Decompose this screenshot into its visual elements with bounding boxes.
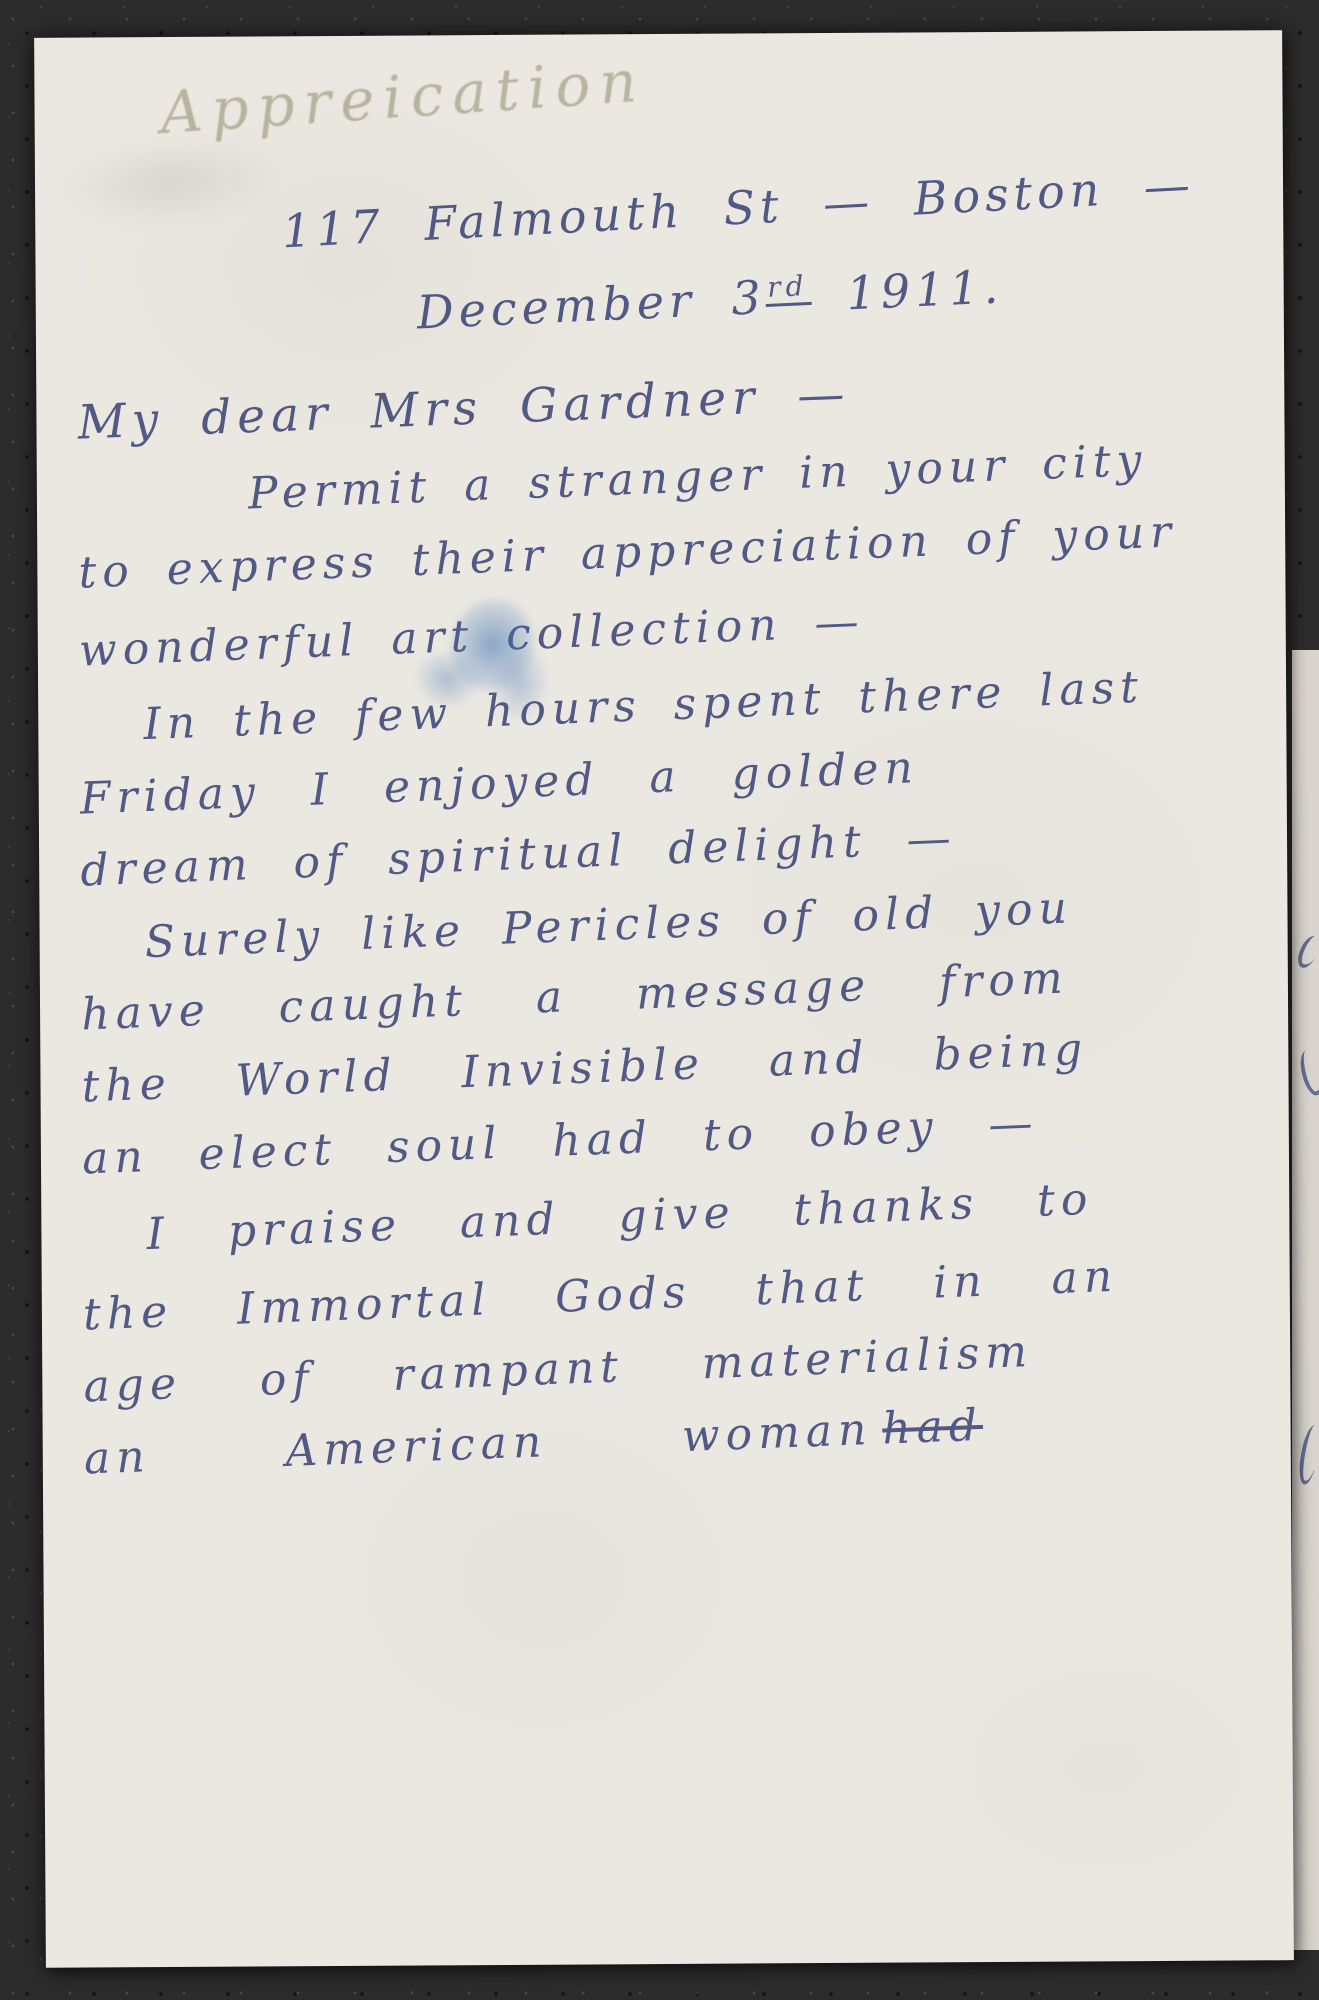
letter-line: age of rampant materialism: [83, 1326, 1034, 1413]
date-year: 1911.: [810, 259, 1005, 322]
letter-line: In the few hours spent there last: [143, 662, 1145, 751]
letter-line: to express their appreciation of your: [78, 506, 1178, 598]
letter-line: Surely like Pericles of old you: [144, 882, 1074, 968]
photo-background: { "photo": { "background_color": "#2d2c2…: [0, 0, 1319, 2000]
pencil-annotation: Appreication: [158, 47, 647, 147]
salutation-line: My dear Mrs Gardner —: [77, 367, 852, 451]
date-ordinal: rd: [765, 269, 812, 307]
strikethrough-word: had: [881, 1400, 984, 1455]
letter-line: Friday I enjoyed a golden: [79, 742, 920, 824]
letter-line: the Immortal Gods that in an: [82, 1251, 1119, 1341]
date-line: December 3rd 1911.: [416, 259, 1005, 339]
under-sheet-sliver: [1292, 650, 1319, 1950]
letter-line: an elect soul had to obey —: [81, 1098, 1039, 1185]
letter-line: have caught a message from: [80, 953, 1069, 1041]
letter-line: dream of spiritual delight —: [79, 813, 957, 897]
address-line: 117 Falmouth St — Boston —: [281, 157, 1196, 258]
letter-line: Permit a stranger in your city: [247, 435, 1148, 520]
letter-line: I praise and give thanks to: [146, 1174, 1095, 1261]
date-day: December 3: [416, 270, 767, 339]
letter-line: an American womanhad: [83, 1400, 984, 1485]
letter-line: the World Invisible and being: [81, 1024, 1089, 1113]
letter-page: Appreication 117 Falmouth St — Boston — …: [34, 30, 1294, 1968]
letter-line-text: an American woman: [83, 1404, 873, 1485]
